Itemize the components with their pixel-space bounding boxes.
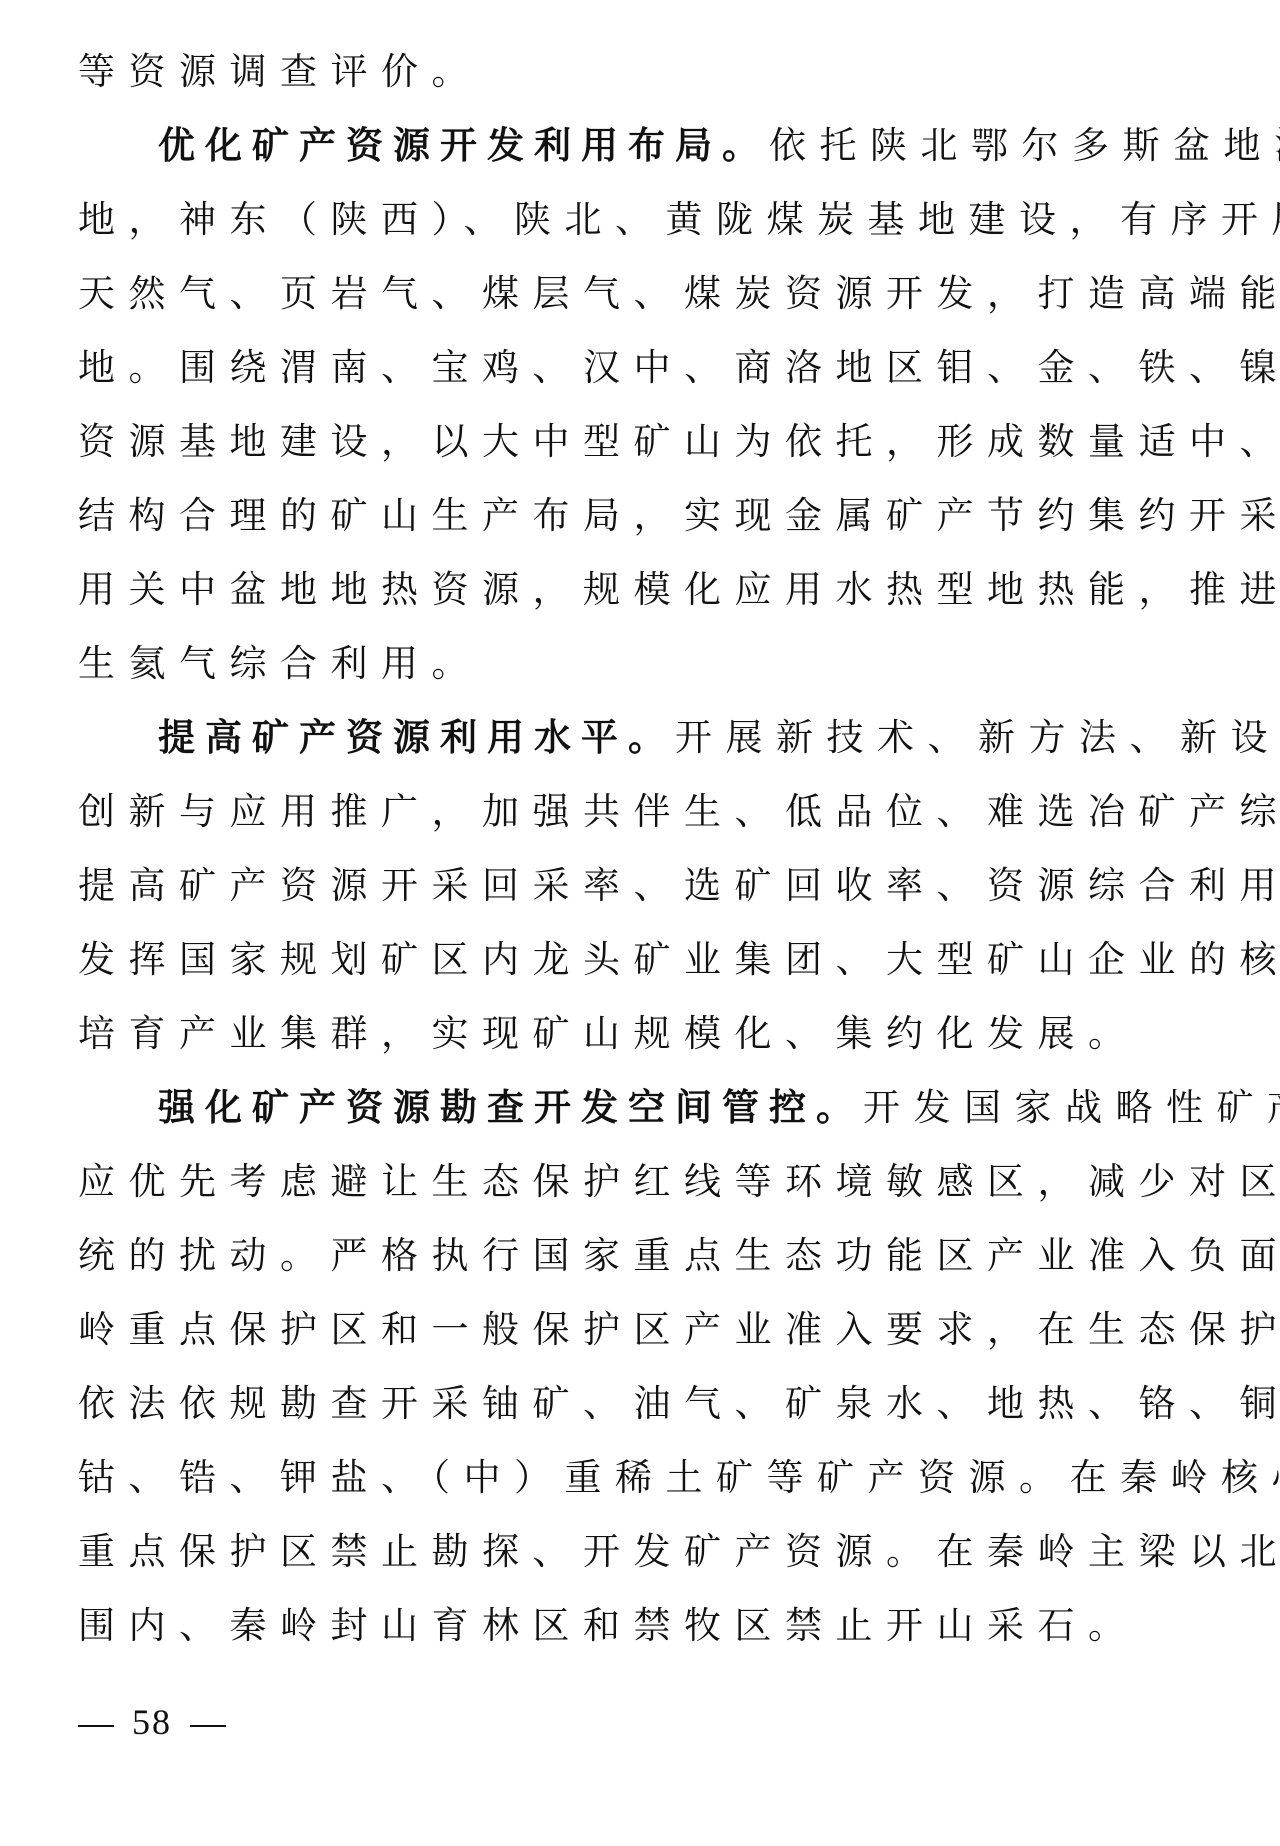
paragraph-line: 提高矿产资源利用水平。开展新技术、新方法、新设备研究 [158, 714, 1280, 762]
paragraph-line: 地，神东（陕西）、陕北、黄陇煤炭基地建设，有序开展石油、 [78, 196, 1280, 244]
body-text: 钴、锆、钾盐、（中）重稀土矿等矿产资源。在秦岭核心保护区、 [78, 1456, 1280, 1499]
page-number: 58 [78, 1700, 244, 1744]
body-text: 开发国家战略性矿产资源， [863, 1086, 1280, 1129]
paragraph-line: 优化矿产资源开发利用布局。依托陕北鄂尔多斯盆地油气基 [158, 122, 1280, 170]
body-text: 岭重点保护区和一般保护区产业准入要求，在生态保护红线内， [78, 1308, 1280, 1351]
paragraph-line: 强化矿产资源勘查开发空间管控。开发国家战略性矿产资源， [158, 1084, 1280, 1132]
paragraph-line: 天然气、页岩气、煤层气、煤炭资源开发，打造高端能源化工基 [78, 270, 1280, 318]
body-text: 等资源调查评价。 [78, 50, 482, 93]
paragraph-line: 资源基地建设，以大中型矿山为依托，形成数量适中、规模适度、 [78, 418, 1280, 466]
body-text: 培育产业集群，实现矿山规模化、集约化发展。 [78, 1012, 1139, 1055]
paragraph-line: 发挥国家规划矿区内龙头矿业集团、大型矿山企业的核心作用， [78, 936, 1280, 984]
paragraph-line: 地。围绕渭南、宝鸡、汉中、商洛地区钼、金、铁、镍等金属矿 [78, 344, 1280, 392]
paragraph-line: 重点保护区禁止勘探、开发矿产资源。在秦岭主梁以北的秦岭范 [78, 1528, 1280, 1576]
paragraph-line: 提高矿产资源开采回采率、选矿回收率、资源综合利用率水平。 [78, 862, 1280, 910]
body-text: 围内、秦岭封山育林区和禁牧区禁止开山采石。 [78, 1604, 1139, 1647]
paragraph-line: 创新与应用推广，加强共伴生、低品位、难选冶矿产综合利用， [78, 788, 1280, 836]
body-text: 地，神东（陕西）、陕北、黄陇煤炭基地建设，有序开展石油、 [78, 198, 1280, 241]
paragraph-line: 用关中盆地地热资源，规模化应用水热型地热能，推进地热水伴 [78, 566, 1280, 614]
body-text: 统的扰动。严格执行国家重点生态功能区产业准入负面清单、秦 [78, 1234, 1280, 1277]
body-text: 天然气、页岩气、煤层气、煤炭资源开发，打造高端能源化工基 [78, 272, 1280, 315]
document-page: 等资源调查评价。 优化矿产资源开发利用布局。依托陕北鄂尔多斯盆地油气基 地，神东… [0, 0, 1280, 1846]
paragraph-line: 培育产业集群，实现矿山规模化、集约化发展。 [78, 1010, 1139, 1058]
dash-left [78, 1725, 114, 1727]
paragraph-line: 等资源调查评价。 [78, 48, 482, 96]
paragraph-line: 岭重点保护区和一般保护区产业准入要求，在生态保护红线内， [78, 1306, 1280, 1354]
paragraph-line: 结构合理的矿山生产布局，实现金属矿产节约集约开采。充分利 [78, 492, 1280, 540]
paragraph-line: 统的扰动。严格执行国家重点生态功能区产业准入负面清单、秦 [78, 1232, 1280, 1280]
section-heading: 提高矿产资源利用水平。 [158, 716, 675, 759]
body-text: 应优先考虑避让生态保护红线等环境敏感区，减少对区域生态系 [78, 1160, 1280, 1203]
paragraph-line: 生氦气综合利用。 [78, 640, 482, 688]
body-text: 依法依规勘查开采铀矿、油气、矿泉水、地热、铬、铜、镍、锂、 [78, 1382, 1280, 1425]
body-text: 重点保护区禁止勘探、开发矿产资源。在秦岭主梁以北的秦岭范 [78, 1530, 1280, 1573]
body-text: 提高矿产资源开采回采率、选矿回收率、资源综合利用率水平。 [78, 864, 1280, 907]
paragraph-line: 依法依规勘查开采铀矿、油气、矿泉水、地热、铬、铜、镍、锂、 [78, 1380, 1280, 1428]
body-text: 开展新技术、新方法、新设备研究 [675, 716, 1280, 759]
body-text: 创新与应用推广，加强共伴生、低品位、难选冶矿产综合利用， [78, 790, 1280, 833]
body-text: 依托陕北鄂尔多斯盆地油气基 [769, 124, 1280, 167]
body-text: 发挥国家规划矿区内龙头矿业集团、大型矿山企业的核心作用， [78, 938, 1280, 981]
body-text: 生氦气综合利用。 [78, 642, 482, 685]
body-text: 用关中盆地地热资源，规模化应用水热型地热能，推进地热水伴 [78, 568, 1280, 611]
dash-right [190, 1725, 226, 1727]
body-text: 资源基地建设，以大中型矿山为依托，形成数量适中、规模适度、 [78, 420, 1280, 463]
paragraph-line: 应优先考虑避让生态保护红线等环境敏感区，减少对区域生态系 [78, 1158, 1280, 1206]
body-text: 地。围绕渭南、宝鸡、汉中、商洛地区钼、金、铁、镍等金属矿 [78, 346, 1280, 389]
section-heading: 优化矿产资源开发利用布局。 [158, 124, 769, 167]
paragraph-line: 钴、锆、钾盐、（中）重稀土矿等矿产资源。在秦岭核心保护区、 [78, 1454, 1280, 1502]
page-number-value: 58 [132, 1702, 172, 1742]
paragraph-line: 围内、秦岭封山育林区和禁牧区禁止开山采石。 [78, 1602, 1139, 1650]
body-text: 结构合理的矿山生产布局，实现金属矿产节约集约开采。充分利 [78, 494, 1280, 537]
section-heading: 强化矿产资源勘查开发空间管控。 [158, 1086, 863, 1129]
